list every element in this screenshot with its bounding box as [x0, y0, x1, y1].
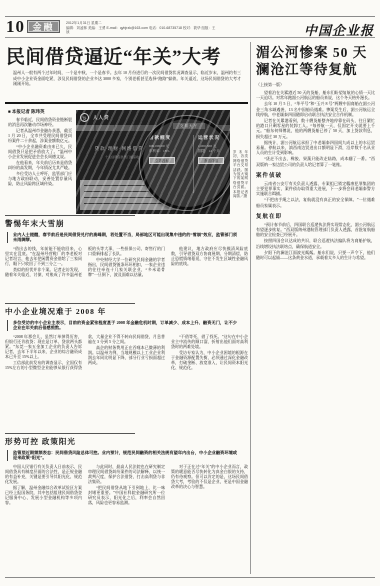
paragraph: 高企的财务费用正在吞噬本已微薄的利润。以温州为例，当地规模以上工业企业利润去年同…: [88, 345, 165, 365]
page-bottom-rule: [5, 577, 375, 578]
panel-line: 期限：12 个月: [198, 149, 229, 154]
newspaper-page: { "page": { "number": "10", "section": "…: [0, 0, 380, 586]
paragraph: 据了解，温州金融综合改革试验区方案已经上报国务院，其中包括组建民间借贷登记服务中…: [5, 485, 82, 505]
site-logo-icon: 贷: [80, 113, 89, 122]
panel-button: 查看详情: [198, 157, 224, 164]
paragraph: 记者从温州市金融办获悉，截至 1 月 20 日，全市共受理民间借贷纠纷案件二十余…: [8, 128, 72, 143]
section-policy: 形势可控 政策阳光 监管层近期频频表态：民间借贷风险总体可控。业内预计，规范民间…: [5, 433, 248, 576]
lead-headline: 民间借贷逼近“年关”大考: [6, 42, 248, 69]
loupe-panel-status: 运营状况 1,000,568 元 期限：12 个月 查看详情: [193, 135, 229, 193]
section-body: “2008 年那会儿，虽然订单掉得厉害，但银行还肯放贷；现在是订单、贷款两头都紧…: [5, 334, 248, 434]
paragraph: 对于正在过“年关”的中小企业而言，政策的暖意能否尽快转化为真金白银的支持，仍有待…: [171, 464, 248, 489]
lead-side-column: 春节临近，民间借贷资金链断裂的消息再次触动市场神经。记者从温州市金融办获悉，截至…: [8, 117, 72, 214]
continued-note: （上接第一版）: [256, 82, 375, 88]
right-story: 湄公河惨案 50 天 澜沧江等待复航 （上接第一版） 望着泊在关累港近 50 天…: [256, 44, 375, 572]
section-intro: 业内人士提醒，春节前后是民间借贷兑付的高峰期，若处置不当，局部地区可能出现集中违…: [7, 232, 237, 243]
paragraph: “把民间借贷从地下引到地上，比一味封堵更重要。”中国社科院金融研究所一位研究员表…: [88, 485, 165, 505]
magnifier-icon: 交易大厅 借款额度 600,000.00 元 年利率：18% 立即投标 运营状况…: [140, 116, 230, 210]
paragraph: “不把凶手绳之以法，复航就没有真正的安全保障。”一位遇难船员家属表示。: [256, 197, 375, 207]
section-sme: 中小企业境况难于 2008 年 多位受访的中小企业主表示，目前的资金紧张程度甚于…: [5, 303, 248, 434]
paragraph: 他建议，地方政府应尽快摸清风险底数，引导借贷双方协商展期、分期清偿，防止恐慌情绪…: [171, 246, 248, 266]
section-body: 中国人民银行有关负责人日前表示，民间借贷具有制度层面的合法性，是正规金融的有益补…: [5, 464, 248, 576]
right-subhead-2: 复航在即: [256, 212, 375, 220]
loupe-panel-loan: 借款额度 600,000.00 元 年利率：18% 立即投标: [149, 135, 185, 193]
paragraph: 夕阳下的澜沧江面波光粼粼。船东们说，只要一声令下，他们随时可以起锚——这条黄金水…: [256, 250, 375, 260]
right-subhead-1: 案件侦破: [256, 171, 375, 179]
header-editors: 编辑：刘凌林 美编：王勇 E-mail：qybjrzk@163.com 电话：0…: [66, 26, 216, 35]
subhead: 警惕年末大雪崩: [5, 218, 135, 229]
site-name: 人人贷: [93, 115, 110, 121]
section-badge: 金融: [27, 20, 60, 33]
paragraph: “2008 年那会儿，虽然订单掉得厉害，但银行还肯放贷；现在是订单、贷款两头都紧…: [5, 334, 82, 359]
paragraph: 中央财经大学一位研究民间金融的学者指出，民间借贷链条环环相扣，一家企业违约往往牵…: [88, 257, 165, 277]
byline: ■ 本报记者 陈玮英: [8, 109, 44, 115]
paragraph: 多位受访人士呼吁，监管部门应与地方政府联动，妥善处置存量风险，防止风险跨区域传染…: [8, 171, 72, 186]
subhead: 中小企业境况难于 2008 年: [5, 306, 135, 317]
lead-lede: 温州人一般有两个过年时间，一个是中秋，一个是春节。去年 10 月份进行的一次民间…: [13, 70, 241, 87]
photo-caption: 岁末年初，各类网络借贷平台交易活跃。图为放大镜下的某网络借贷平台页面。本报记者 …: [233, 150, 248, 214]
paragraph: “货走不出去，橡胶、果蔬只能改走陆路，成本翻了一番。”西双版纳一家边贸公司的负责…: [256, 156, 375, 166]
paragraph: 在他看来，年关前后历来是借贷纠纷的高发期，今年情况尤其严峻。: [8, 160, 72, 170]
panel-title: 借款额度: [149, 135, 185, 141]
section-intro: 监管层近期频频表态：民间借贷风险总体可控。业内预计，规范民间融资的相关法规有望年…: [7, 450, 237, 461]
subhead-rule: 警惕年末大雪崩: [5, 215, 135, 229]
panel-title: 运营状况: [198, 135, 229, 141]
paragraph: “不借等死，借了找死。”这句在中小企业主中流传的顺口溜，折射出他们面对高利贷时的…: [171, 334, 248, 349]
paragraph: 受访专家认为，中小企业困境的根源在于金融资源配置失衡，必须通过深化金融改革，打破…: [171, 350, 248, 370]
paragraph: 记者在关累港看到，数十艘货船整齐地停靠在码头，往日繁忙的港口只剩零星的装卸工人。…: [256, 118, 375, 139]
subhead: 形势可控 政策阳光: [5, 436, 135, 447]
loupe-tab-label: 交易大厅: [173, 123, 205, 129]
paragraph: 按照四国会议达成的共识，联合巡逻执法编队将为商船护航，沿线增设执法联络点，确保航…: [256, 238, 375, 248]
news-photo: 贷 人人贷 贷款·理财·网络借贷服务平台 个人信用借款 低门槛高收益 实时撮合 …: [76, 110, 230, 214]
section-avalanche: 警惕年末大雪崩 业内人士提醒，春节前后是民间借贷兑付的高峰期，若处置不当，局部地…: [5, 215, 248, 306]
section-intro: 多位受访的中小企业主表示，目前的资金紧张程度甚于 2008 年金融危机时期，订单…: [7, 320, 237, 331]
panel-line: 年利率：18%: [149, 149, 185, 154]
header-top-rule: [5, 16, 375, 17]
header-bottom-rule: [5, 37, 375, 38]
column-divider: [250, 42, 251, 574]
right-headline: 湄公河惨案 50 天 澜沧江等待复航: [256, 44, 375, 78]
right-body-3: “预计春节前后，四国联合巡逻执法将实现常态化，湄公河航运有望逐步恢复。”西双版纳…: [256, 222, 375, 260]
paragraph: 望着泊在关累港近 50 天的货船，船东们盼望复航的心情一天比一天迫切。对常年跑湄…: [256, 90, 375, 100]
right-body-1: 望着泊在关累港近 50 天的货船，船东们盼望复航的心情一天比一天迫切。对常年跑湄…: [256, 90, 375, 167]
header-meta: 2012年1月31日 星期二 编辑：刘凌林 美编：王勇 E-mail：qybjr…: [66, 21, 216, 35]
paragraph: “预计春节前后，四国联合巡逻执法将实现常态化，湄公河航运有望逐步恢复。”西双版纳…: [256, 222, 375, 238]
lede-divider: [5, 102, 248, 104]
paragraph: 与此同时，最高人民法院也在研究制定审理民间借贷纠纷案件的司法解释，以统一裁判尺度…: [88, 464, 165, 484]
section-body: “借出去的钱，年前能不能收回来，心里实在没底。”在温州经营鞋厂的李老板对记者坦言…: [5, 246, 248, 306]
paragraph: 去年 10 月 5 日，“华平号”和“玉兴 8 号”两艘中国商船在湄公河金三角水…: [256, 101, 375, 117]
subhead-rule: 形势可控 政策阳光: [5, 433, 135, 447]
paragraph: “借出去的钱，年前能不能收回来，心里实在没底。”在温州经营鞋厂的李老板对记者坦言…: [5, 246, 82, 266]
paragraph: “中小企业融资难由来已久，民间借贷只是把矛盾放大了。”温州中小企业发展促进会会长…: [8, 144, 72, 159]
page-number: 10: [6, 19, 25, 35]
panel-button: 立即投标: [149, 157, 175, 164]
subhead-rule: 中小企业境况难于 2008 年: [5, 303, 135, 317]
paragraph: 据统计，湄公河航运承担了中老缅泰四国间九成以上的水运贸易量。停航以来，滇西南边贸…: [256, 140, 375, 156]
paragraph: 中国人民银行有关负责人日前表示，民间借贷具有制度层面的合法性，是正规金融的有益补…: [5, 464, 82, 484]
right-body-2: 云南省公安厅有关负责人透露，专案组已锁定糯康犯罪集团的主要犯罪事实，案件侦办取得…: [256, 181, 375, 208]
paragraph: 云南省公安厅有关负责人透露，专案组已锁定糯康犯罪集团的主要犯罪事实，案件侦办取得…: [256, 181, 375, 197]
paragraph: 春节临近，民间借贷资金链断裂的消息再次触动市场神经。: [8, 117, 72, 127]
